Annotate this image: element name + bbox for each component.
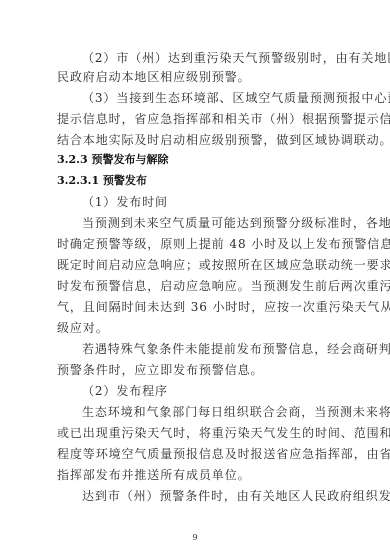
paragraph-line: 若遇特殊气象条件未能提前发布预警信息，经会商研判满足 [82, 342, 334, 356]
paragraph-line: 气，且间隔时间未达到 36 小时时，应按一次重污染天气从高等 [57, 300, 334, 314]
paragraph-line: 提示信息时，省应急指挥部和相关市（州）根据预警提示信息， [57, 112, 334, 126]
paragraph-line: 时确定预警等级，原则上提前 48 小时及以上发布预警信息，按 [57, 237, 334, 251]
page-number: 9 [0, 533, 390, 542]
paragraph-line: （2）市（州）达到重污染天气预警级别时，由有关地区人 [82, 51, 334, 65]
paragraph-line: 结合本地实际及时启动相应级别预警，做到区域协调联动。 [57, 133, 334, 147]
subsection-heading: 3.2.3.1 预警发布 [57, 174, 334, 188]
paragraph-line: 生态环境和气象部门每日组织联合会商，当预测未来将出现 [82, 405, 334, 419]
paragraph-line: 预警条件时，应立即发布预警信息。 [57, 363, 334, 377]
paragraph-line: 或已出现重污染天气时，将重污染天气发生的时间、范围和污染 [57, 426, 334, 440]
item-title: （2）发布程序 [82, 384, 334, 398]
paragraph-line: 程度等环境空气质量预报信息及时报送省应急指挥部，由省应急 [57, 447, 334, 461]
document-page: （2）市（州）达到重污染天气预警级别时，由有关地区人 民政府启动本地区相应级别预… [0, 0, 390, 551]
section-heading: 3.2.3 预警发布与解除 [57, 153, 334, 167]
paragraph-line: 时发布预警信息，启动应急响应。当预测发生前后两次重污染天 [57, 279, 334, 293]
paragraph-line: 指挥部发布并推送所有成员单位。 [57, 468, 334, 482]
paragraph-line: （3）当接到生态环境部、区域空气质量预测预报中心预警 [82, 91, 334, 105]
paragraph-line: 当预测到未来空气质量可能达到预警分级标准时，各地应及 [82, 216, 334, 230]
paragraph-line: 达到市（州）预警条件时，由有关地区人民政府组织发布本 [82, 489, 334, 503]
paragraph-line: 民政府启动本地区相应级别预警。 [57, 70, 334, 84]
paragraph-line: 既定时间启动应急响应；或按照所在区域应急联动统一要求，及 [57, 258, 334, 272]
item-title: （1）发布时间 [82, 195, 334, 209]
paragraph-line: 级应对。 [57, 321, 334, 335]
